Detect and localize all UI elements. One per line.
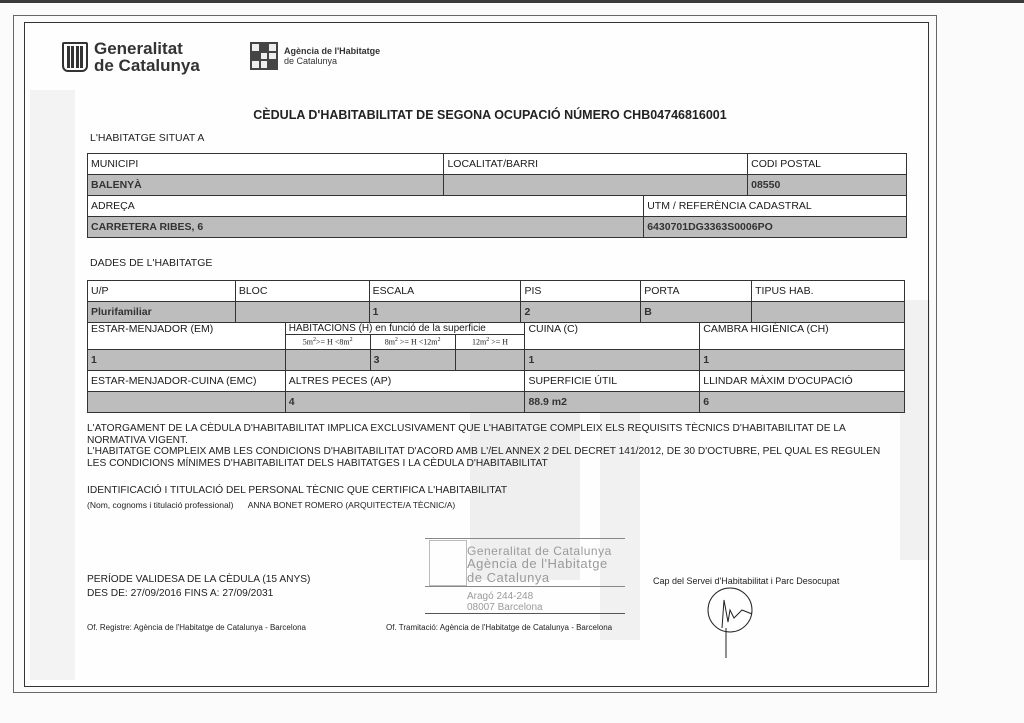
signature	[700, 580, 770, 660]
hab-value-2: 3	[370, 350, 455, 371]
watermark-band	[30, 90, 75, 680]
em-value: 1	[88, 350, 286, 371]
dwelling-section-label: DADES DE L'HABITATGE	[90, 257, 212, 269]
up-value: Plurifamiliar	[88, 302, 236, 323]
utm-value: 6430701DG3363S0006PO	[644, 217, 907, 238]
llindar-label: LLINDAR MÀXIM D'OCUPACIÓ	[700, 371, 905, 392]
pis-label: PIS	[521, 281, 641, 302]
stamp-line4: Aragó 244-248	[467, 591, 533, 602]
porta-value: B	[641, 302, 752, 323]
legal-paragraph-2: L'HABITATGE COMPLEIX AMB LES CONDICIONS …	[87, 446, 897, 469]
technician-value: ANNA BONET ROMERO (ARQUITECTE/A TÈCNIC/A…	[248, 500, 456, 510]
porta-label: PORTA	[641, 281, 752, 302]
technician-line: (Nom, cognoms i titulació professional) …	[87, 500, 455, 510]
hab-range-2: 8m2 >= H <12m2	[370, 335, 455, 350]
tipus-label: TIPUS HAB.	[752, 281, 905, 302]
catalan-shield-icon	[62, 42, 88, 72]
official-stamp: Generalitat de Catalunya Agència de l'Ha…	[425, 538, 625, 623]
tramitacio-office: Of. Tramitació: Agència de l'Habitatge d…	[386, 623, 612, 632]
adreca-value: CARRETERA RIBES, 6	[88, 217, 644, 238]
escala-value: 1	[369, 302, 521, 323]
validity-period-label: PERÍODE VALIDESA DE LA CÈDULA (15 ANYS)	[87, 574, 310, 586]
agencia-logo: Agència de l'Habitatge de Catalunya	[250, 42, 380, 70]
cuina-label: CUINA (C)	[525, 323, 700, 350]
technician-heading: IDENTIFICACIÓ I TITULACIÓ DEL PERSONAL T…	[87, 485, 507, 497]
hab-value-1	[285, 350, 370, 371]
rooms-table: ESTAR-MENJADOR (EM) HABITACIONS (H) en f…	[87, 322, 905, 413]
municipi-label: MUNICIPI	[88, 154, 444, 175]
stamp-line5: 08007 Barcelona	[467, 602, 543, 613]
agencia-grid-icon	[250, 42, 278, 70]
emc-label: ESTAR-MENJADOR-CUINA (EMC)	[88, 371, 286, 392]
bloc-label: BLOC	[235, 281, 369, 302]
location-table: MUNICIPI LOCALITAT/BARRI CODI POSTAL BAL…	[87, 153, 907, 238]
up-label: U/P	[88, 281, 236, 302]
superficie-value: 88.9 m2	[525, 392, 700, 413]
registre-office: Of. Registre: Agència de l'Habitatge de …	[87, 623, 306, 632]
stamp-line3: de Catalunya	[467, 570, 550, 585]
stamp-shield-icon	[429, 540, 467, 586]
generalitat-line1: Generalitat	[94, 40, 200, 57]
llindar-value: 6	[700, 392, 905, 413]
cuina-value: 1	[525, 350, 700, 371]
ch-value: 1	[700, 350, 905, 371]
hab-range-1: 5m2>= H <8m2	[285, 335, 370, 350]
generalitat-logo: Generalitat de Catalunya	[62, 40, 200, 74]
stamp-line2: Agència de l'Habitatge	[467, 556, 608, 571]
bloc-value	[235, 302, 369, 323]
hab-value-3	[455, 350, 525, 371]
dwelling-table: U/P BLOC ESCALA PIS PORTA TIPUS HAB. Plu…	[87, 280, 905, 323]
ap-value: 4	[285, 392, 525, 413]
superficie-label: SUPERFICIE ÚTIL	[525, 371, 700, 392]
generalitat-line2: de Catalunya	[94, 57, 200, 74]
agencia-line2: de Catalunya	[284, 56, 380, 66]
escala-label: ESCALA	[369, 281, 521, 302]
adreca-label: ADREÇA	[88, 196, 644, 217]
localitat-label: LOCALITAT/BARRI	[444, 154, 748, 175]
codi-postal-label: CODI POSTAL	[748, 154, 907, 175]
scan-edge	[0, 0, 1024, 3]
ch-label: CAMBRA HIGIÈNICA (CH)	[700, 323, 905, 350]
agencia-line1: Agència de l'Habitatge	[284, 46, 380, 56]
technician-label: (Nom, cognoms i titulació professional)	[87, 500, 233, 510]
emc-value	[88, 392, 286, 413]
municipi-value: BALENYÀ	[88, 175, 444, 196]
tipus-value	[752, 302, 905, 323]
legal-paragraph-1: L'ATORGAMENT DE LA CÈDULA D'HABITABILITA…	[87, 423, 897, 446]
habitacions-label: HABITACIONS (H) en funció de la superfic…	[285, 323, 525, 335]
validity-dates: DES DE: 27/09/2016 FINS A: 27/09/2031	[87, 588, 273, 600]
pis-value: 2	[521, 302, 641, 323]
location-section-label: L'HABITATGE SITUAT A	[90, 132, 204, 144]
utm-label: UTM / REFERÈNCIA CADASTRAL	[644, 196, 907, 217]
em-label: ESTAR-MENJADOR (EM)	[88, 323, 286, 350]
hab-range-3: 12m2 >= H	[455, 335, 525, 350]
ap-label: ALTRES PECES (AP)	[285, 371, 525, 392]
localitat-value	[444, 175, 748, 196]
codi-postal-value: 08550	[748, 175, 907, 196]
document-title: CÈDULA D'HABITABILITAT DE SEGONA OCUPACI…	[0, 108, 980, 122]
